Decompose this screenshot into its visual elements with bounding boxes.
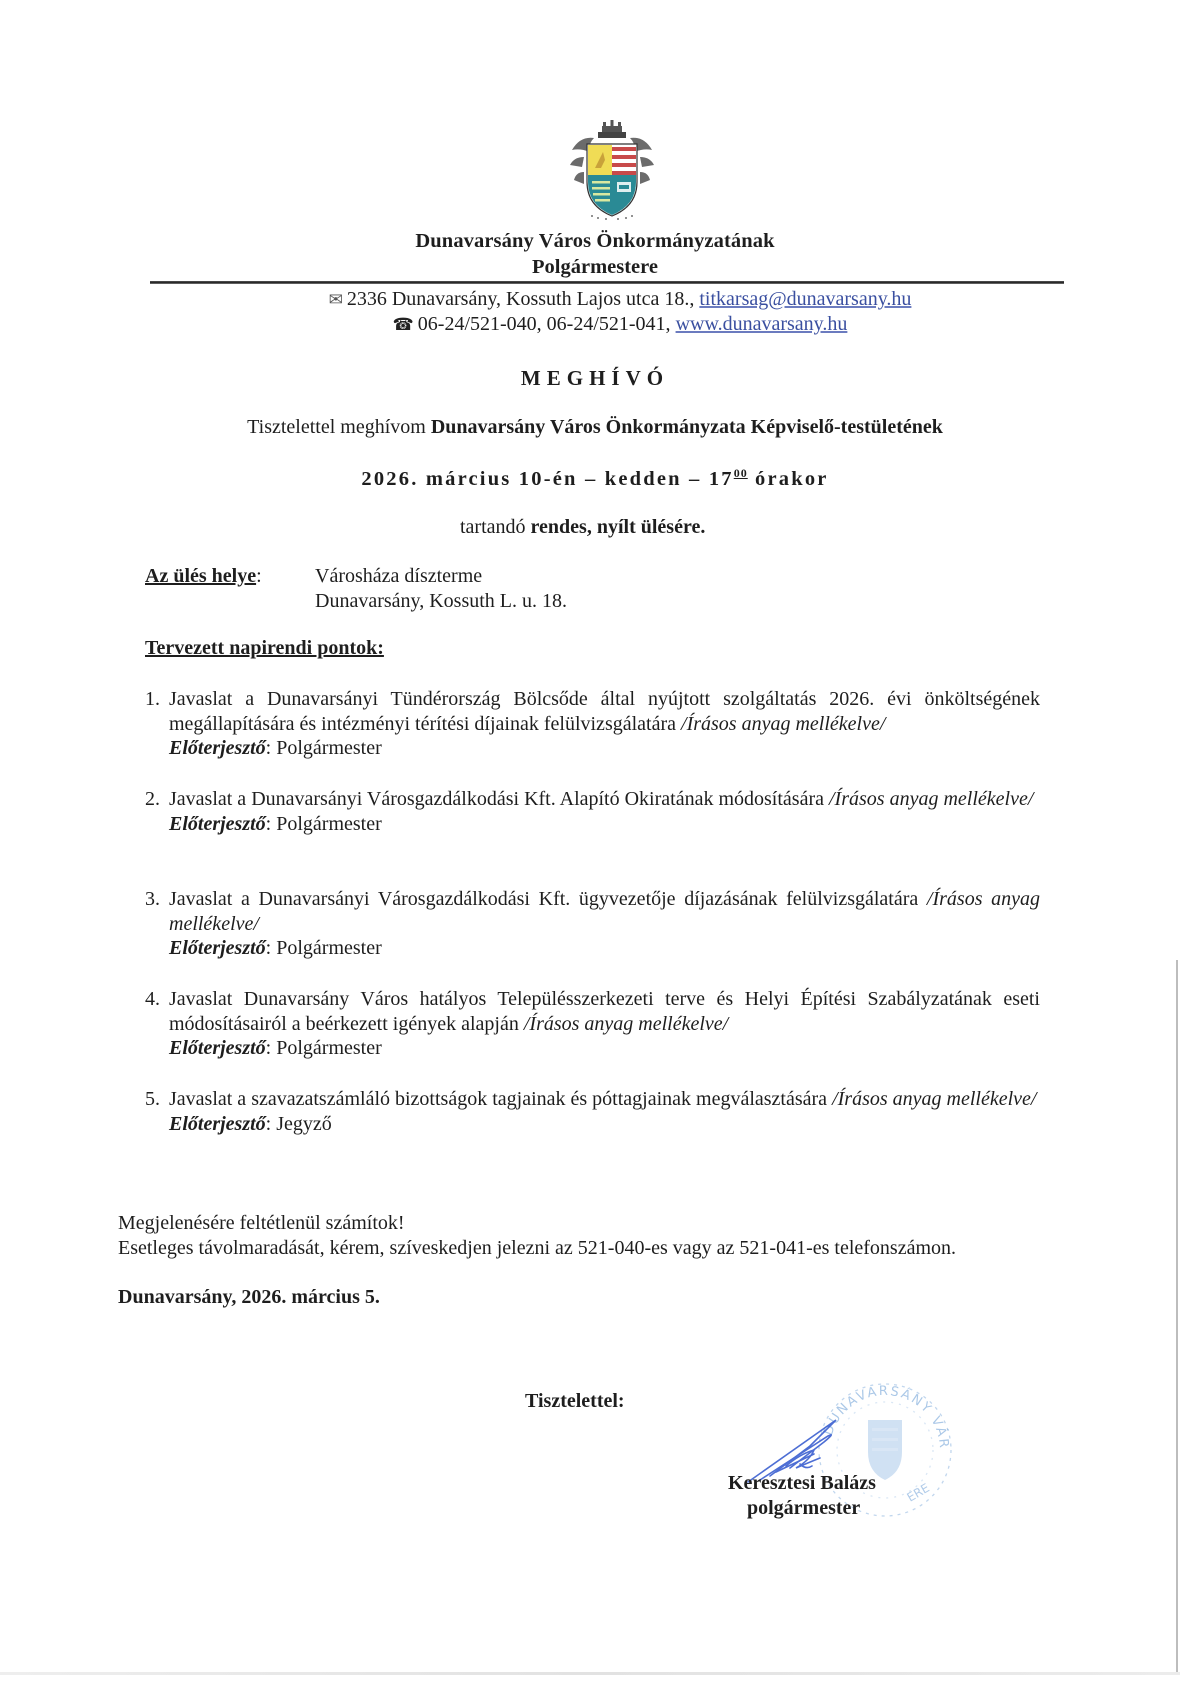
agenda-item-attachment: /Írásos anyag mellékelve/ xyxy=(524,1013,728,1035)
meeting-type: tartandó rendes, nyílt ülésére. xyxy=(460,516,705,539)
agenda-item-number: 3. xyxy=(145,887,169,912)
agenda-item-attachment: /Írásos anyag mellékelve/ xyxy=(681,713,885,735)
venue-line-1: Városháza díszterme xyxy=(315,565,482,588)
agenda-item-number: 2. xyxy=(145,787,169,812)
presenter-name: Polgármester xyxy=(276,813,382,835)
place-and-date: Dunavarsány, 2026. március 5. xyxy=(118,1286,380,1309)
presenter-name: Polgármester xyxy=(276,737,382,759)
agenda-item-text: Javaslat a Dunavarsányi Városgazdálkodás… xyxy=(169,888,927,910)
signer-name: Keresztesi Balázs xyxy=(728,1472,876,1495)
presenter-label: Előterjesztő xyxy=(169,737,266,759)
address-text: 2336 Dunavarsány, Kossuth Lajos utca 18.… xyxy=(347,288,695,310)
agenda-item-attachment: /Írásos anyag mellékelve/ xyxy=(832,1088,1036,1110)
agenda-item: 3. Javaslat a Dunavarsányi Városgazdálko… xyxy=(145,887,1040,961)
venue-line-2: Dunavarsány, Kossuth L. u. 18. xyxy=(315,590,567,613)
nature-bold: rendes, nyílt ülésére. xyxy=(531,516,706,538)
agenda-item-text: Javaslat a szavazatszámláló bizottságok … xyxy=(169,1088,832,1110)
presenter-label: Előterjesztő xyxy=(169,1113,266,1135)
meeting-datetime: 2026. március 10-én – kedden – 1700 órak… xyxy=(0,466,1190,491)
invitation-intro: Tisztelettel meghívom Dunavarsány Város … xyxy=(0,416,1190,439)
intro-plain: Tisztelettel meghívom xyxy=(247,416,431,438)
coat-of-arms-logo xyxy=(562,120,662,220)
agenda-item: 1. Javaslat a Dunavarsányi Tündérország … xyxy=(145,687,1040,761)
document-title: MEGHÍVÓ xyxy=(0,366,1190,391)
presenter-label: Előterjesztő xyxy=(169,1037,266,1059)
agenda-item-text: Javaslat a Dunavarsányi Városgazdálkodás… xyxy=(169,788,829,810)
scan-edge-line xyxy=(1176,960,1178,1675)
date-suffix: órakor xyxy=(748,468,829,490)
presenter-label: Előterjesztő xyxy=(169,813,266,835)
closing-line-1: Megjelenésére feltétlenül számítok! xyxy=(118,1212,405,1235)
venue-label: Az ülés helye: xyxy=(145,565,262,588)
regards-text: Tisztelettel: xyxy=(525,1390,625,1413)
organization-name: Dunavarsány Város Önkormányzatának xyxy=(0,230,1190,253)
agenda-item: 2. Javaslat a Dunavarsányi Városgazdálko… xyxy=(145,787,1040,836)
presenter-name: Polgármester xyxy=(276,1037,382,1059)
address-line: ✉2336 Dunavarsány, Kossuth Lajos utca 18… xyxy=(0,288,1190,311)
letterhead-divider xyxy=(150,281,1064,284)
nature-plain: tartandó xyxy=(460,516,531,538)
agenda-item-number: 5. xyxy=(145,1087,169,1112)
scan-edge-line xyxy=(0,1672,1180,1675)
agenda-item-text: Javaslat a Dunavarsányi Tündérország Böl… xyxy=(169,688,1040,735)
date-main: 2026. március 10-én – kedden – 17 xyxy=(361,468,733,490)
agenda-heading: Tervezett napirendi pontok: xyxy=(145,637,384,660)
envelope-icon: ✉ xyxy=(329,290,343,310)
signer-title: polgármester xyxy=(747,1497,860,1520)
presenter-name: Polgármester xyxy=(276,937,382,959)
closing-line-2: Esetleges távolmaradását, kérem, szívesk… xyxy=(118,1237,956,1260)
agenda-item: 5. Javaslat a szavazatszámláló bizottság… xyxy=(145,1087,1040,1136)
venue-label-text: Az ülés helye xyxy=(145,565,256,587)
date-minutes: 00 xyxy=(734,466,748,480)
phone-numbers: 06-24/521-040, 06-24/521-041, xyxy=(418,313,671,335)
presenter-label: Előterjesztő xyxy=(169,937,266,959)
agenda-item-attachment: /Írásos anyag mellékelve/ xyxy=(829,788,1033,810)
telephone-icon: ☎ xyxy=(393,315,414,335)
organization-subtitle: Polgármestere xyxy=(0,256,1190,279)
presenter-name: Jegyző xyxy=(276,1113,332,1135)
agenda-item: 4. Javaslat Dunavarsány Város hatályos T… xyxy=(145,987,1040,1061)
agenda-item-number: 1. xyxy=(145,687,169,712)
intro-bold: Dunavarsány Város Önkormányzata Képvisel… xyxy=(431,416,943,438)
email-link[interactable]: titkarsag@dunavarsany.hu xyxy=(699,288,911,310)
phone-line: ☎06-24/521-040, 06-24/521-041, www.dunav… xyxy=(0,313,1190,336)
agenda-item-number: 4. xyxy=(145,987,169,1012)
website-link[interactable]: www.dunavarsany.hu xyxy=(676,313,848,335)
venue-label-colon: : xyxy=(256,565,262,587)
